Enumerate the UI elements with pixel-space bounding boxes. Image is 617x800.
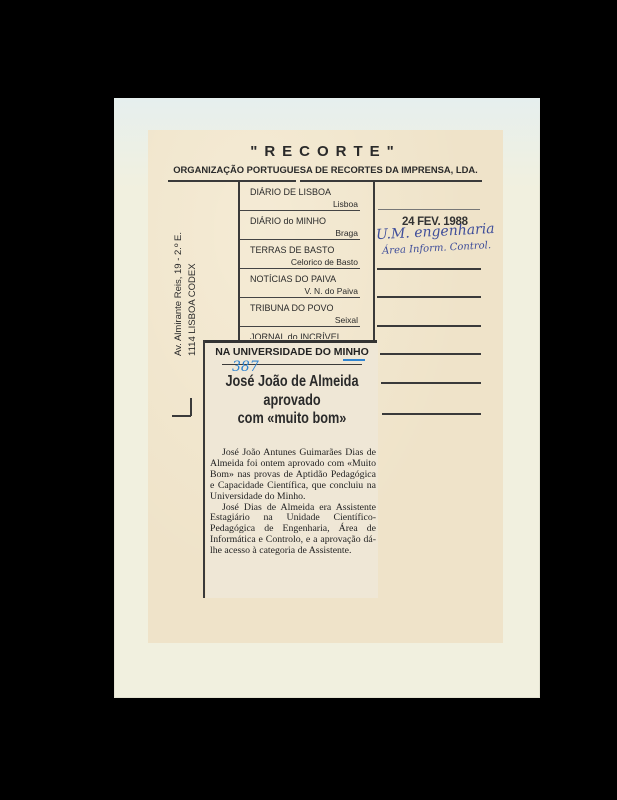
headline-line: aprovado (222, 392, 361, 411)
newspaper-entry: NOTÍCIAS DO PAIVA V. N. do Paiva (240, 269, 360, 298)
newspaper-entry: JORNAL do INCRÍVEL (240, 327, 360, 339)
ruled-line (381, 382, 481, 384)
bracket-mark (190, 398, 192, 416)
ruled-line (377, 268, 481, 270)
address-line-2: 1114 LISBOA CODEX (187, 176, 198, 356)
ruled-line (377, 325, 481, 327)
clipping-section: NA UNIVERSIDADE DO MINHO (207, 346, 377, 358)
card-subtitle: ORGANIZAÇÃO PORTUGUESA DE RECORTES DA IM… (148, 164, 503, 175)
form-divider-right (373, 180, 375, 340)
newspaper-city: V. N. do Paiva (304, 286, 358, 296)
newspaper-name: DIÁRIO DE LISBOA (250, 187, 331, 197)
newspaper-name: DIÁRIO do MINHO (250, 216, 326, 226)
newspaper-name: TERRAS DE BASTO (250, 245, 334, 255)
body-paragraph: José Dias de Almeida era Assistente Esta… (210, 503, 376, 558)
newspaper-entry: DIÁRIO DE LISBOA Lisboa (240, 182, 360, 211)
newspaper-entry: DIÁRIO do MINHO Braga (240, 211, 360, 240)
address-line-1: Av. Almirante Reis, 19 - 2.º E. (173, 232, 184, 356)
newspaper-city: Lisboa (333, 199, 358, 209)
headline-line: com «muito bom» (222, 410, 361, 429)
newspaper-name: NOTÍCIAS DO PAIVA (250, 274, 336, 284)
body-paragraph: José João Antunes Guimarães Dias de Alme… (210, 448, 376, 503)
headline-line: José João de Almeida (222, 373, 361, 392)
address-block: Av. Almirante Reis, 19 - 2.º E. 1114 LIS… (173, 176, 198, 356)
ruled-line (377, 296, 481, 298)
bracket-mark-base (172, 415, 191, 417)
newspaper-entry: TERRAS DE BASTO Celorico de Basto (240, 240, 360, 269)
clipping-top-rule (205, 340, 377, 343)
card-title: "RECORTE" (148, 143, 503, 160)
address-divider (203, 340, 205, 598)
newspaper-name: TRIBUNA DO POVO (250, 303, 334, 313)
newspaper-city: Braga (335, 228, 358, 238)
clipping-headline: José João de Almeida aprovado com «muito… (222, 373, 361, 429)
ruled-line (380, 353, 481, 355)
newspaper-list: DIÁRIO DE LISBOA Lisboa DIÁRIO do MINHO … (240, 182, 360, 339)
newspaper-city: Seixal (335, 315, 358, 325)
newspaper-entry: TRIBUNA DO POVO Seixal (240, 298, 360, 327)
newspaper-name: JORNAL do INCRÍVEL (250, 332, 342, 339)
handwritten-underline (343, 359, 365, 361)
newspaper-city: Celorico de Basto (291, 257, 358, 267)
clipping-body: José João Antunes Guimarães Dias de Alme… (210, 448, 376, 557)
ruled-line (382, 413, 481, 415)
ruled-line (378, 209, 480, 210)
